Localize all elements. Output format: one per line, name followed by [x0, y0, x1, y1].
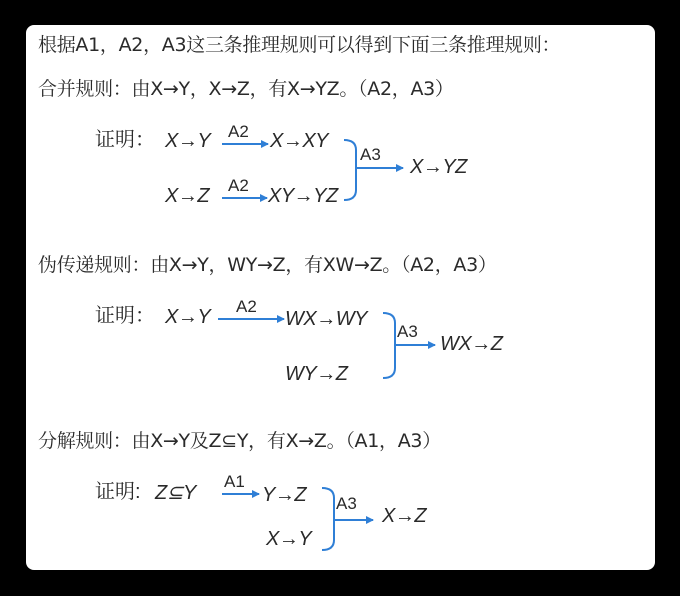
rule-2-step-1-rule: A2 [236, 298, 257, 315]
rule-2-conclusion: WX→Z [440, 334, 502, 354]
rule-1-title: 合并规则：由X→Y，X→Z，有X→YZ。（A2，A3） [38, 80, 454, 99]
rule-3-proof-label: 证明: [95, 482, 141, 502]
rule-1-step-2-rule: A2 [228, 177, 249, 194]
rule-3-result-1: Y→Z [262, 485, 306, 505]
rule-2-premise-1: X→Y [165, 307, 210, 327]
rule-1-premise-2: X→Z [165, 186, 209, 206]
rule-2-combine-rule: A3 [397, 323, 418, 340]
rule-3-combine-rule: A3 [336, 495, 357, 512]
rule-2-result-2: WY→Z [285, 364, 347, 384]
rule-3-conclusion: X→Z [382, 506, 426, 526]
rule-1-step-1-rule: A2 [228, 123, 249, 140]
rule-1-premise-1: X→Y [165, 131, 210, 151]
rule-1-combine-rule: A3 [360, 146, 381, 163]
rule-3-result-2: X→Y [266, 529, 311, 549]
intro-text: 根据A1，A2，A3这三条推理规则可以得到下面三条推理规则： [38, 36, 560, 55]
rule-2-result-1: WX→WY [285, 309, 367, 329]
rule-2-proof-label: 证明： [95, 306, 155, 326]
rule-3-step-1-rule: A1 [224, 473, 245, 490]
rule-2-title: 伪传递规则：由X→Y，WY→Z，有XW→Z。（A2，A3） [38, 256, 497, 275]
rule-3-premise-1: Z⊆Y [155, 483, 196, 503]
rule-1-proof-label: 证明： [95, 130, 155, 150]
rule-1-result-2: XY→YZ [268, 186, 338, 206]
rule-3-title: 分解规则：由X→Y及Z⊆Y，有X→Z。（A1，A3） [38, 432, 441, 451]
rule-1-conclusion: X→YZ [410, 157, 467, 177]
rule-1-result-1: X→XY [270, 131, 328, 151]
